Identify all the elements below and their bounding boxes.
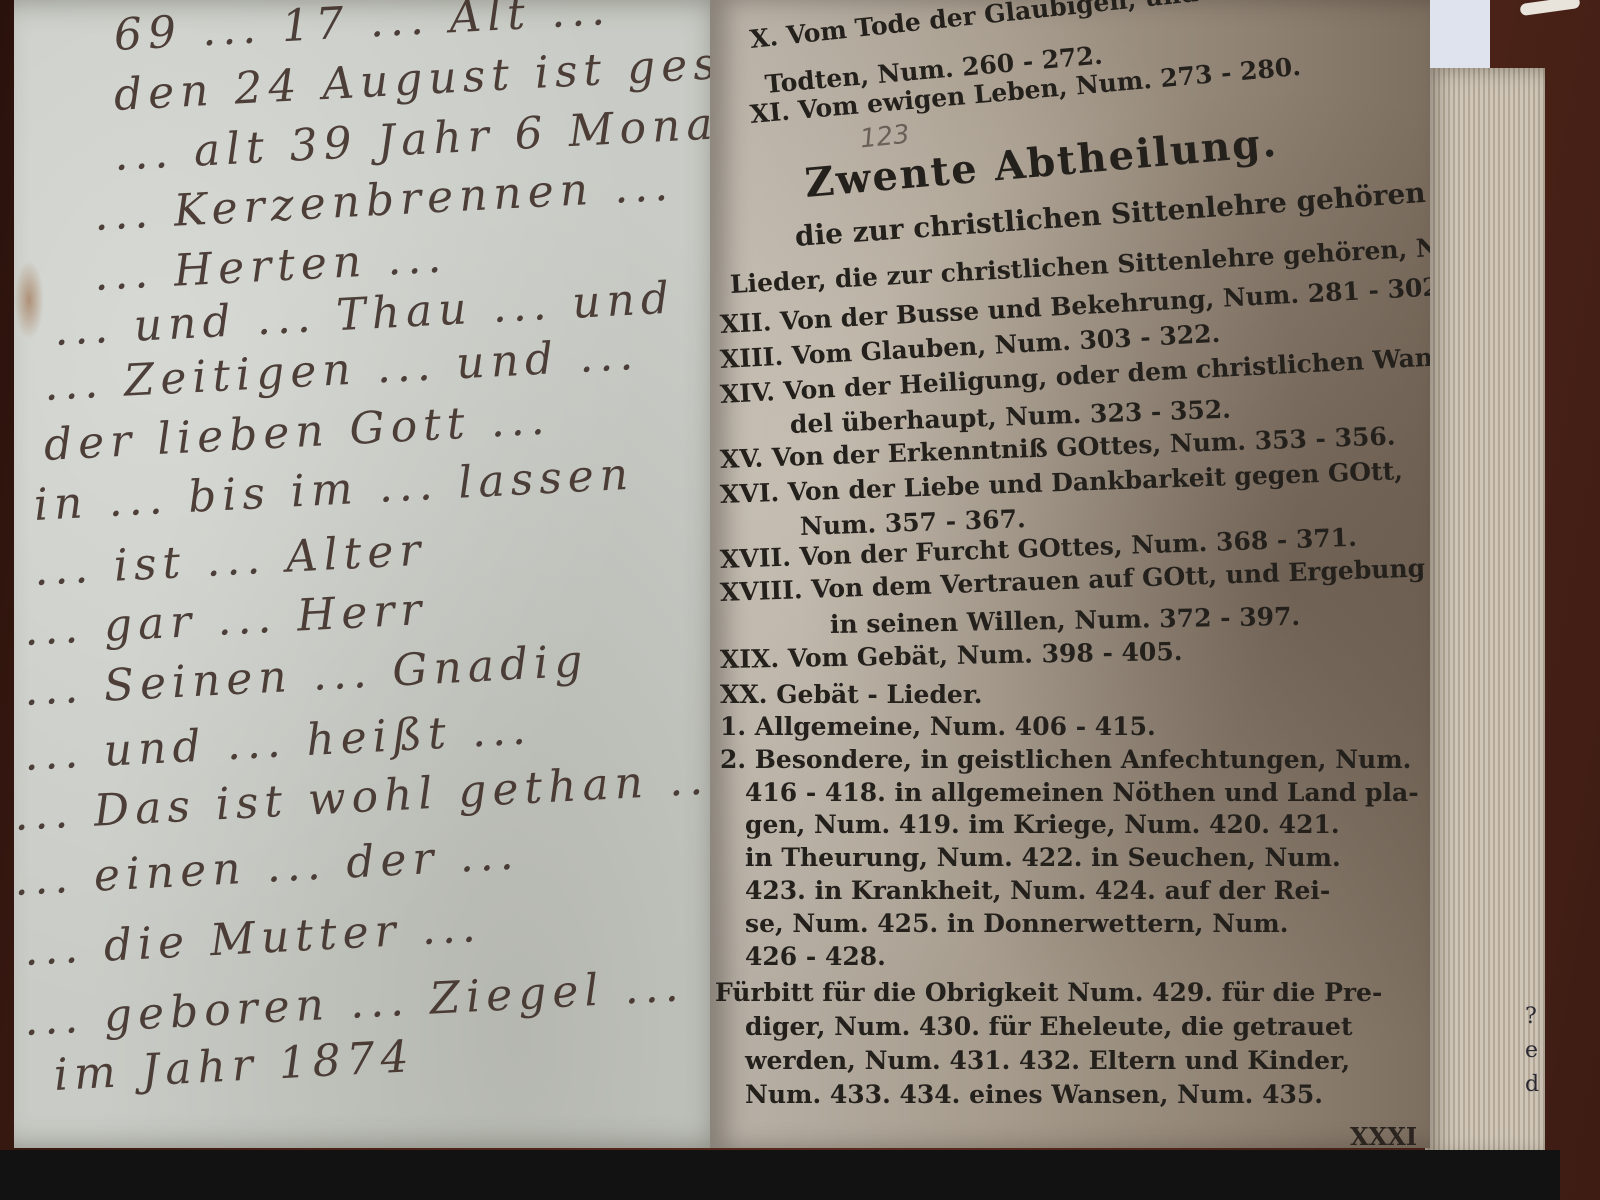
prayer-subentry: Fürbitt für die Obrigkeit Num. 429. für … — [715, 978, 1382, 1007]
handwritten-line: ... einen ... der ... — [14, 829, 521, 906]
open-book: ?ed 69 ... 17 ... Alt ... den 24 August … — [0, 0, 1560, 1172]
handwritten-line: ... geboren ... Ziegel ... — [23, 960, 686, 1046]
book-cover-edge — [0, 1150, 1560, 1200]
toc-entry-cont: in seinen Willen, Num. 372 - 397. — [830, 602, 1301, 639]
prayer-subentry: gen, Num. 419. im Kriege, Num. 420. 421. — [745, 810, 1340, 839]
prayer-subentry: diger, Num. 430. für Eheleute, die getra… — [745, 1012, 1353, 1041]
prayer-subentry: 423. in Krankheit, Num. 424. auf der Rei… — [745, 876, 1330, 905]
paper-stain — [14, 260, 44, 340]
prayer-subentry: 2. Besondere, in geistlichen Anfechtunge… — [720, 745, 1411, 774]
prayer-subentry: se, Num. 425. in Donnerwettern, Num. — [745, 909, 1288, 938]
printed-contents-page: X. Vom Tode der Glaubigen, und der Auf- … — [710, 0, 1430, 1148]
underlying-page-letters: ?ed — [1525, 1000, 1547, 1102]
page-edges — [1425, 68, 1545, 1158]
catchword: XXXI — [1350, 1122, 1417, 1148]
toc-entry: XX. Gebät - Lieder. — [720, 680, 982, 709]
toc-entry: XIX. Vom Gebät, Num. 398 - 405. — [720, 637, 1183, 674]
prayer-subentry: 426 - 428. — [745, 942, 886, 971]
pencil-page-number: 123 — [859, 119, 912, 154]
handwritten-flyleaf: 69 ... 17 ... Alt ... den 24 August ist … — [14, 0, 734, 1148]
prayer-subentry: Num. 433. 434. eines Wansen, Num. 435. — [745, 1080, 1323, 1109]
handwritten-line: ... die Mutter ... — [23, 901, 483, 976]
prayer-subentry: werden, Num. 431. 432. Eltern und Kinder… — [745, 1046, 1350, 1075]
prayer-subentry: 416 - 418. in allgemeinen Nöthen und Lan… — [745, 778, 1419, 807]
prayer-subentry: in Theurung, Num. 422. in Seuchen, Num. — [745, 843, 1341, 872]
prayer-subentry: 1. Allgemeine, Num. 406 - 415. — [720, 712, 1156, 741]
handwritten-line: ... ist ... Alter — [33, 524, 428, 595]
handwritten-line: ... gar ... Herr — [23, 584, 429, 656]
